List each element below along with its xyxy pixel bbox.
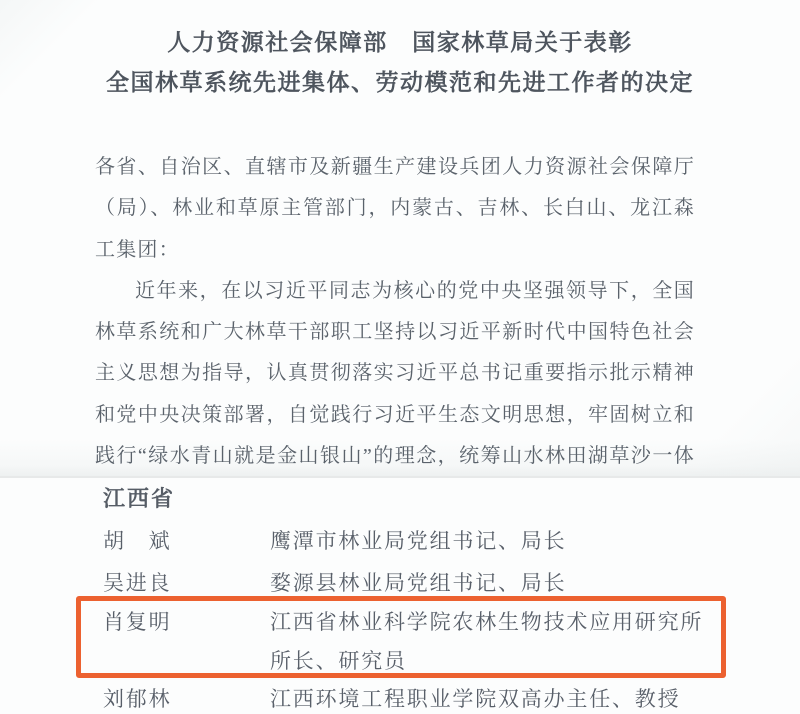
province-heading: 江西省 — [103, 486, 175, 512]
scan-seam-fade — [0, 466, 800, 476]
document-title-line2: 全国林草系统先进集体、劳动模范和先进工作者的决定 — [0, 63, 800, 103]
scan-seam-line — [0, 476, 800, 478]
award-row-3-highlighted: 肖复明 江西省林业科学院农林生物技术应用研究所 所长、研究员 — [103, 610, 763, 634]
salutation-paragraph: 各省、自治区、直辖市及新疆生产建设兵团人力资源社会保障厅（局）、林业和草原主管部… — [95, 147, 695, 271]
awardee-position-line1: 江西省林业科学院农林生物技术应用研究所 — [270, 610, 740, 634]
awardee-position: 鹰潭市林业局党组书记、局长 — [270, 529, 740, 553]
awardee-name: 吴进良 — [103, 571, 183, 595]
award-row-4: 刘郁林 江西环境工程职业学院双高办主任、教授 — [103, 687, 763, 711]
document-title-line1: 人力资源社会保障部 国家林草局关于表彰 — [0, 23, 800, 63]
awardee-position: 江西省林业科学院农林生物技术应用研究所 所长、研究员 — [270, 610, 740, 673]
awardee-position-text: 婺源县林业局党组书记、局长 — [270, 571, 740, 595]
award-row-1: 胡 斌 鹰潭市林业局党组书记、局长 — [103, 529, 763, 553]
award-row-2: 吴进良 婺源县林业局党组书记、局长 — [103, 571, 763, 595]
scanned-document-page: 人力资源社会保障部 国家林草局关于表彰 全国林草系统先进集体、劳动模范和先进工作… — [0, 0, 800, 714]
awardee-name: 胡 斌 — [103, 529, 183, 553]
document-title: 人力资源社会保障部 国家林草局关于表彰 全国林草系统先进集体、劳动模范和先进工作… — [0, 23, 800, 103]
awardee-position-text: 鹰潭市林业局党组书记、局长 — [270, 529, 740, 553]
awardee-position-line2: 所长、研究员 — [270, 649, 740, 673]
body-paragraph: 近年来，在以习近平同志为核心的党中央坚强领导下，全国林草系统和广大林草干部职工坚… — [95, 271, 695, 478]
awardee-name: 肖复明 — [103, 610, 183, 634]
document-body: 各省、自治区、直辖市及新疆生产建设兵团人力资源社会保障厅（局）、林业和草原主管部… — [95, 147, 695, 478]
awardee-position-text: 江西环境工程职业学院双高办主任、教授 — [270, 687, 740, 711]
awardee-name: 刘郁林 — [103, 687, 183, 711]
awardee-position: 婺源县林业局党组书记、局长 — [270, 571, 740, 595]
awardee-position: 江西环境工程职业学院双高办主任、教授 — [270, 687, 740, 711]
